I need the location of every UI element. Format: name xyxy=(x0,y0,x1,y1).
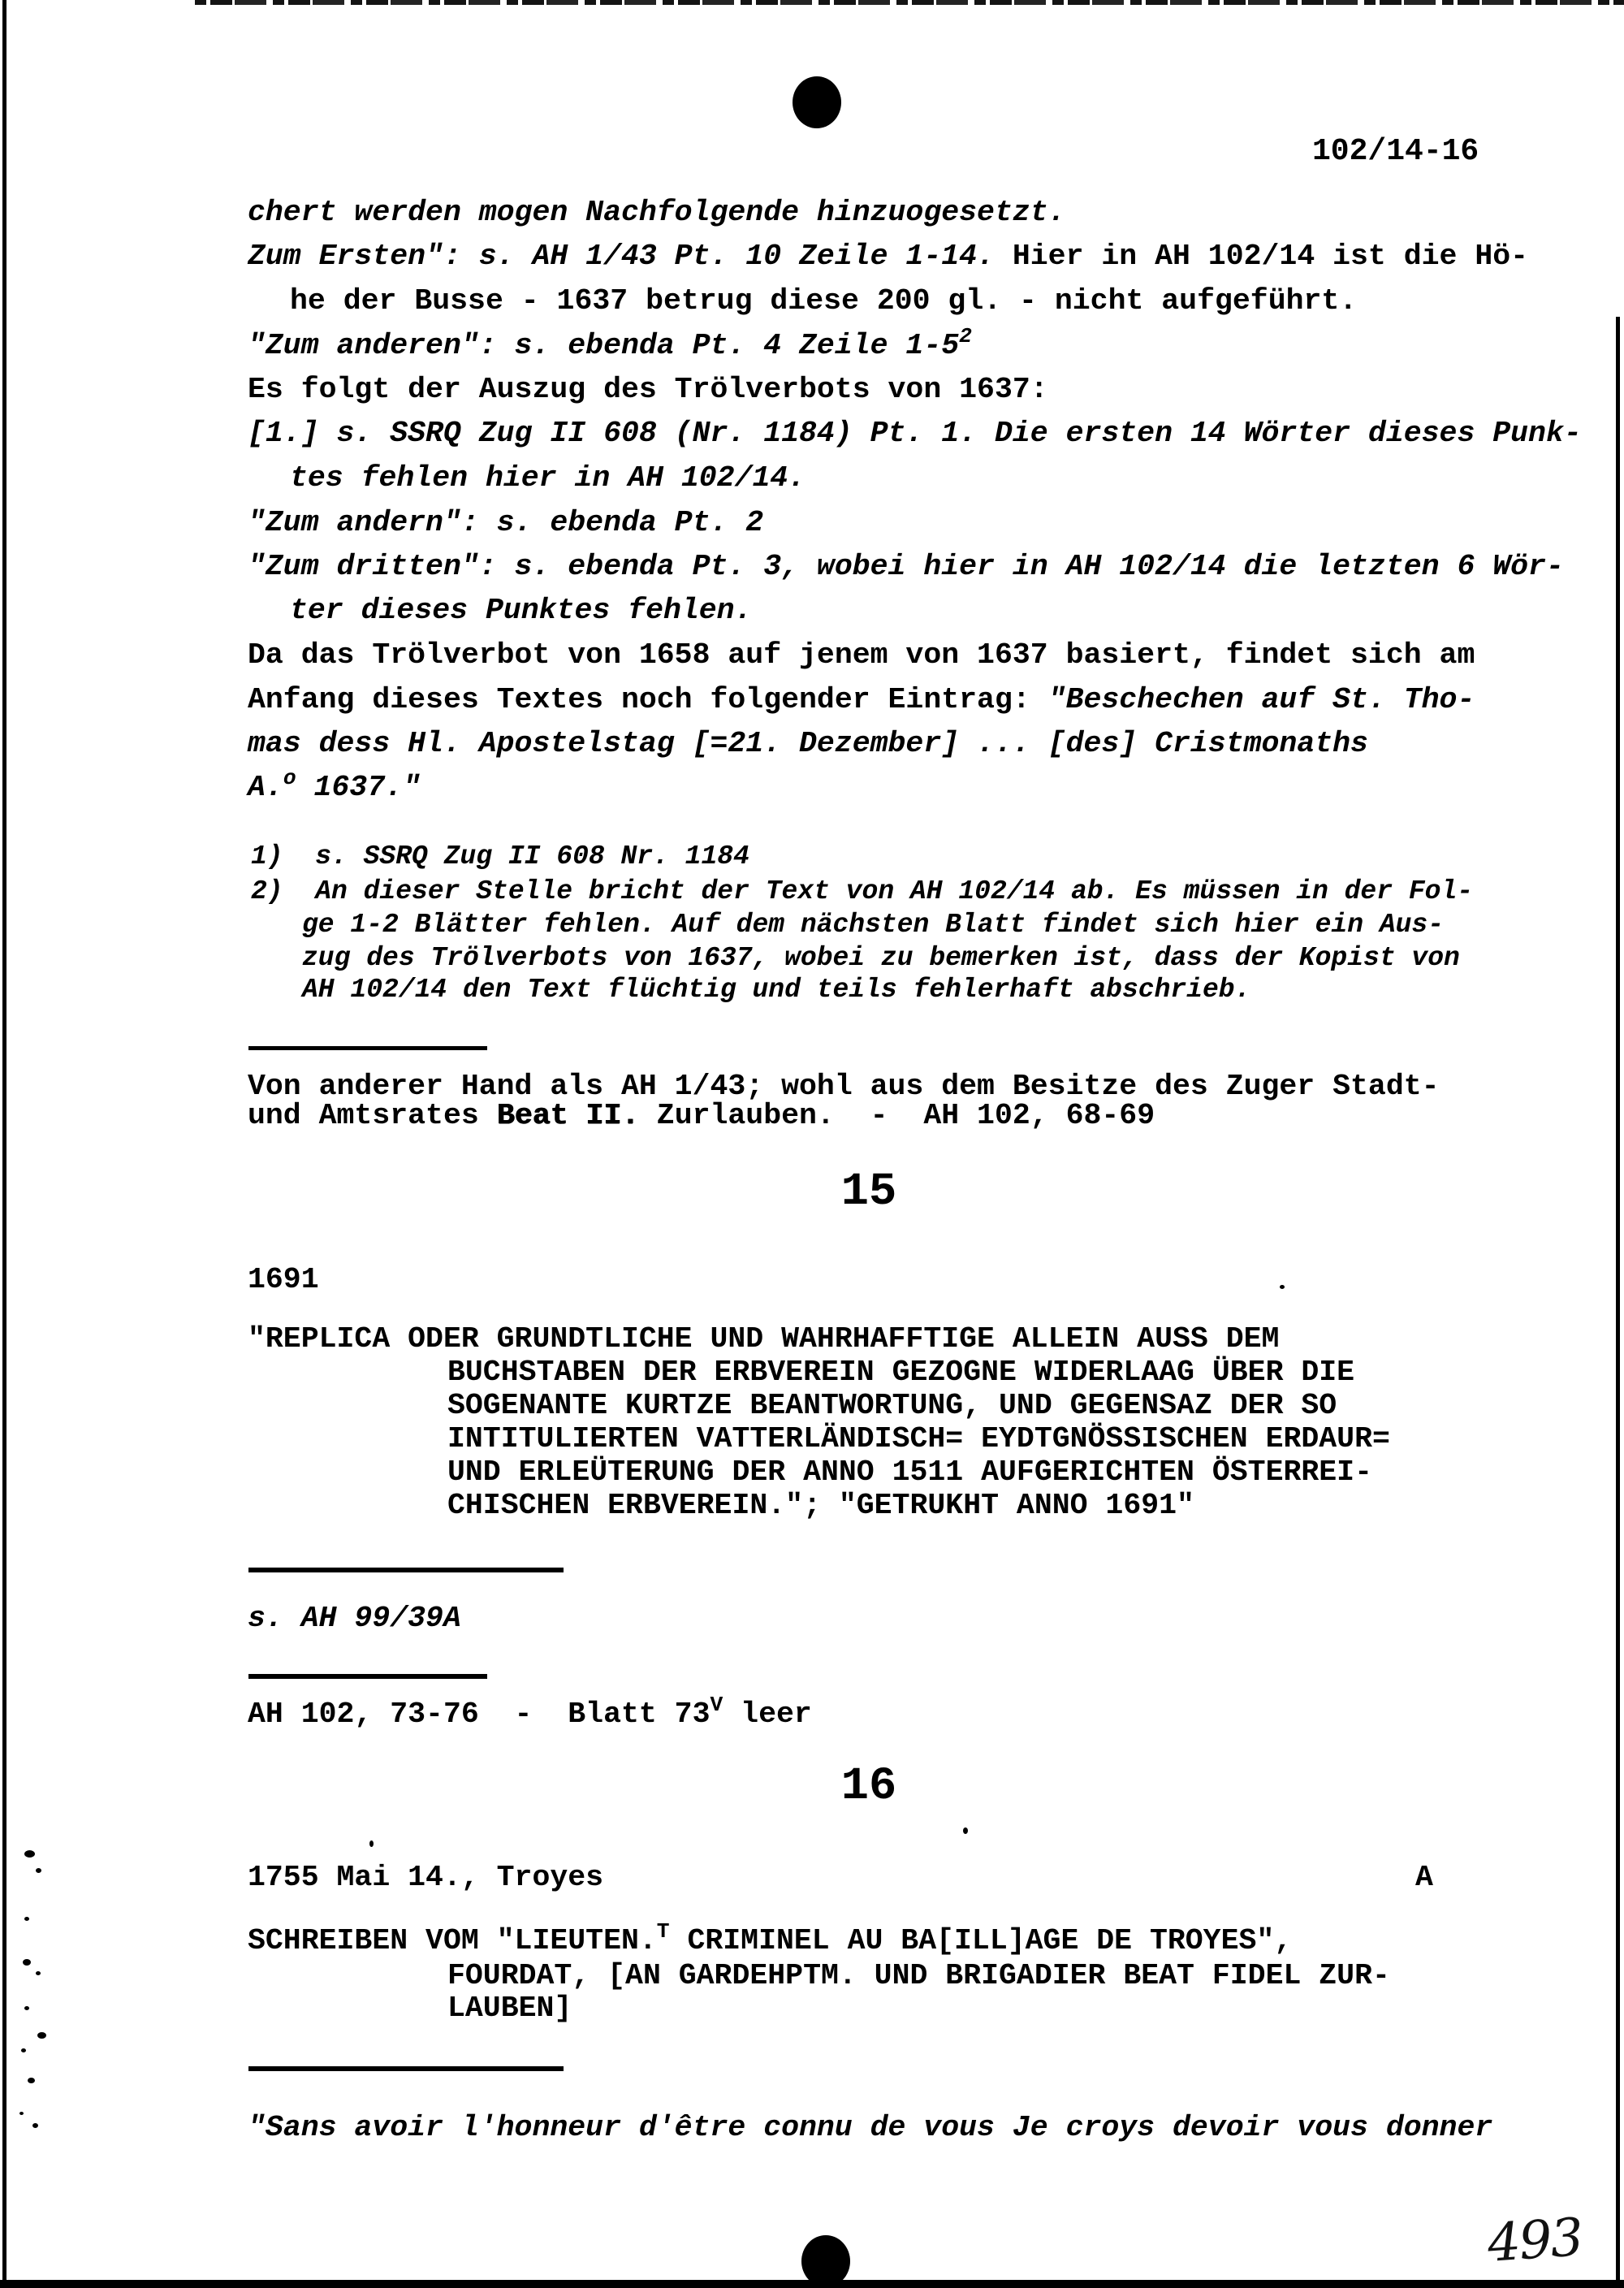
provenance-name-bold: Beat II. xyxy=(497,1099,639,1132)
entry-15-title-line-3: SOGENANTE KURTZE BEANTWORTUNG, UND GEGEN… xyxy=(447,1390,1337,1422)
ink-speckle xyxy=(37,2032,46,2039)
entry-16-title-line-1: SCHREIBEN VOM "LIEUTEN.T CRIMINEL AU BA[… xyxy=(248,1925,1292,1957)
lieutenant-superscript: T xyxy=(657,1919,670,1944)
footnote-marker-2: 2 xyxy=(959,324,972,348)
ink-speckle xyxy=(19,2112,24,2115)
provenance-line-2: und Amtsrates Beat II. Zurlauben. - AH 1… xyxy=(248,1100,1155,1132)
body-line-4: "Zum anderen": s. ebenda Pt. 4 Zeile 1-5… xyxy=(248,330,972,362)
provenance-line-2-a: und Amtsrates xyxy=(248,1099,497,1132)
entry-16-title-line-2: FOURDAT, [AN GARDEHPTM. UND BRIGADIER BE… xyxy=(447,1960,1390,1992)
anno-superscript: o xyxy=(283,766,296,790)
entry-15-title-line-4: INTITULIERTEN VATTERLÄNDISCH= EYDTGNÖSSI… xyxy=(447,1423,1390,1455)
body-line-1: chert werden mogen Nachfolgende hinzuoge… xyxy=(248,197,1066,229)
body-line-9: "Zum dritten": s. ebenda Pt. 3, wobei hi… xyxy=(248,551,1564,583)
body-line-14-b: 1637." xyxy=(296,771,421,804)
entry-15-source-b: leer xyxy=(723,1698,812,1731)
entry-16-doc-letter: A xyxy=(1415,1862,1433,1894)
ink-speckle xyxy=(36,1868,41,1873)
body-line-7: tes fehlen hier in AH 102/14. xyxy=(290,462,806,495)
body-line-14-a: A. xyxy=(248,771,283,804)
footnote-2-line-4: AH 102/14 den Text flüchtig und teils fe… xyxy=(302,975,1250,1005)
provenance-line-2-c: Zurlauben. - AH 102, 68-69 xyxy=(639,1099,1155,1132)
footnote-2-line-3: zug des Trölverbots von 1637, wobei zu b… xyxy=(302,944,1460,973)
scanned-document-page: 102/14-16 chert werden mogen Nachfolgend… xyxy=(0,0,1624,2288)
entry-15-title-line-5: UND ERLEÜTERUNG DER ANNO 1511 AUFGERICHT… xyxy=(447,1456,1372,1489)
body-line-5: Es folgt der Auszug des Trölverbots von … xyxy=(248,374,1048,406)
catalog-ref: 102/14-16 xyxy=(1312,135,1479,169)
ink-speckle xyxy=(963,1827,968,1834)
ink-speckle xyxy=(369,1840,374,1847)
body-line-12-upright: Anfang dieses Textes noch folgender Eint… xyxy=(248,683,1048,716)
ink-speckle xyxy=(24,1850,35,1858)
separator-rule-1 xyxy=(248,1046,487,1050)
body-line-3: he der Busse - 1637 betrug diese 200 gl.… xyxy=(290,285,1357,318)
separator-rule-4 xyxy=(248,2066,564,2071)
body-line-2: Zum Ersten": s. AH 1/43 Pt. 10 Zeile 1-1… xyxy=(248,240,1528,273)
body-line-13: mas dess Hl. Apostelstag [=21. Dezember]… xyxy=(248,728,1368,760)
entry-15-source: AH 102, 73-76 - Blatt 73V leer xyxy=(248,1698,812,1731)
entry-16-title-1a: SCHREIBEN VOM "LIEUTEN. xyxy=(248,1924,657,1957)
footnote-2-line-2: ge 1-2 Blätter fehlen. Auf dem nächsten … xyxy=(302,910,1444,940)
ink-speckle xyxy=(24,1917,29,1921)
footnote-1: 1) s. SSRQ Zug II 608 Nr. 1184 xyxy=(251,842,749,872)
ink-speckle xyxy=(21,2048,26,2052)
entry-15-reference: s. AH 99/39A xyxy=(248,1602,461,1635)
entry-15-title-line-6: CHISCHEN ERBVEREIN."; "GETRUKHT ANNO 169… xyxy=(447,1490,1194,1522)
body-line-12: Anfang dieses Textes noch folgender Eint… xyxy=(248,684,1475,716)
scan-right-edge xyxy=(1616,317,1620,2288)
body-line-10: ter dieses Punktes fehlen. xyxy=(290,595,753,627)
entry-15-title-line-2: BUCHSTABEN DER ERBVEREIN GEZOGNE WIDERLA… xyxy=(447,1356,1354,1389)
ink-speckle xyxy=(36,1971,41,1975)
scan-top-edge xyxy=(195,0,1624,5)
body-line-8: "Zum andern": s. ebenda Pt. 2 xyxy=(248,507,763,539)
verso-superscript: V xyxy=(710,1693,723,1717)
entry-16-quote: "Sans avoir l'honneur d'être connu de vo… xyxy=(248,2112,1492,2144)
body-line-2-upright: Hier in AH 102/14 ist die Hö- xyxy=(1013,240,1528,273)
separator-rule-3 xyxy=(248,1674,487,1679)
body-line-14: A.o 1637." xyxy=(248,772,421,804)
entry-16-dateline: 1755 Mai 14., Troyes xyxy=(248,1862,603,1894)
separator-rule-2 xyxy=(248,1568,564,1572)
body-line-6: [1.] s. SSRQ Zug II 608 (Nr. 1184) Pt. 1… xyxy=(248,417,1582,450)
entry-16-title-line-3: LAUBEN] xyxy=(447,1992,572,2025)
ink-speckle xyxy=(1280,1285,1285,1289)
ink-speckle xyxy=(23,1959,31,1966)
body-line-12-italic: "Beschechen auf St. Tho- xyxy=(1048,683,1475,716)
entry-15-year: 1691 xyxy=(248,1264,319,1296)
ink-speckle xyxy=(28,2078,35,2083)
body-line-4-text: "Zum anderen": s. ebenda Pt. 4 Zeile 1-5 xyxy=(248,329,959,362)
scan-left-edge xyxy=(2,0,6,2288)
entry-15-title-line-1: "REPLICA ODER GRUNDTLICHE UND WAHRHAFFTI… xyxy=(248,1323,1279,1356)
hole-punch-top xyxy=(793,76,841,128)
entry-16-title-1b: CRIMINEL AU BA[ILL]AGE DE TROYES", xyxy=(670,1924,1293,1957)
hole-punch-bottom xyxy=(801,2235,850,2287)
body-line-11: Da das Trölverbot von 1658 auf jenem von… xyxy=(248,639,1475,672)
body-line-2-italic: Zum Ersten": s. AH 1/43 Pt. 10 Zeile 1-1… xyxy=(248,240,1013,273)
footnote-2-line-1: 2) An dieser Stelle bricht der Text von … xyxy=(251,877,1473,906)
ink-speckle xyxy=(32,2123,38,2128)
entry-15-source-a: AH 102, 73-76 - Blatt 73 xyxy=(248,1698,710,1731)
handwritten-page-number: 493 xyxy=(1486,2208,1584,2274)
entry-number-16: 16 xyxy=(804,1764,934,1810)
ink-speckle xyxy=(24,2006,29,2010)
entry-number-15: 15 xyxy=(804,1170,934,1216)
